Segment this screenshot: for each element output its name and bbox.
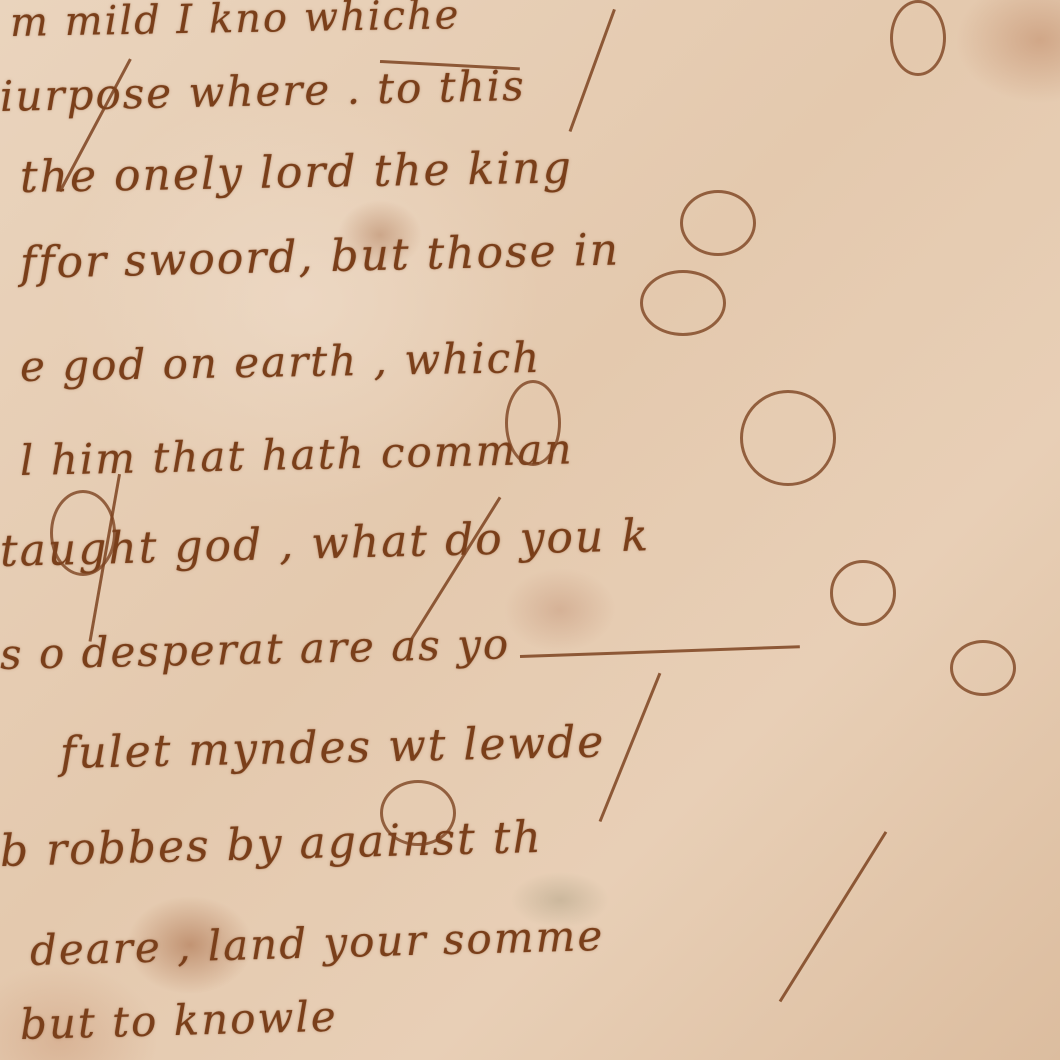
manuscript-line-10: b robbes by against th	[0, 812, 543, 877]
manuscript-line-2: iurpose where . to this	[0, 61, 526, 121]
pen-stroke	[569, 9, 616, 132]
manuscript-line-12: but to knowle	[19, 992, 338, 1049]
pen-stroke	[779, 831, 888, 1002]
manuscript-line-3: the onely lord the king	[20, 142, 574, 203]
manuscript-line-1: m mild I kno whiche	[10, 0, 461, 46]
descender-flourish	[505, 380, 561, 466]
manuscript-line-8: s o desperat are as yo	[0, 619, 511, 679]
manuscript-line-6: l him that hath comman	[19, 424, 573, 485]
descender-flourish	[380, 780, 456, 846]
manuscript-line-5: e god on earth , which	[20, 333, 542, 391]
manuscript-line-9: fulet myndes wt lewde	[59, 717, 605, 779]
descender-flourish	[950, 640, 1016, 696]
manuscript-page: m mild I kno whiche iurpose where . to t…	[0, 0, 1060, 1060]
descender-flourish	[680, 190, 756, 256]
descender-flourish	[830, 560, 896, 626]
descender-flourish	[50, 490, 116, 576]
descender-flourish	[640, 270, 726, 336]
pen-stroke	[599, 673, 662, 822]
manuscript-line-4: ffor swoord, but those in	[19, 224, 620, 289]
descender-flourish	[740, 390, 836, 486]
strike-through	[520, 645, 800, 658]
manuscript-line-11: deare , land your somme	[29, 911, 604, 975]
descender-flourish	[890, 0, 946, 76]
